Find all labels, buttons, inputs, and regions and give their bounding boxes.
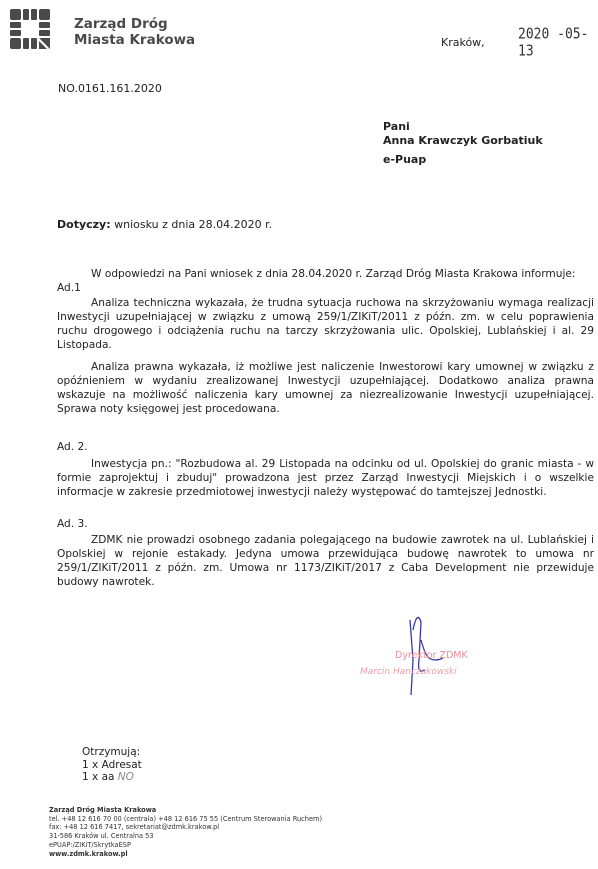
delivery-channel: e-Puap [383,153,426,166]
signature-name-stamp: Marcin Hanczakowski [360,667,457,677]
section-heading-1: Ad.1 [57,281,594,295]
footer-fax-email: fax: +48 12 616 7417, sekretariat@zdmk.k… [49,823,322,832]
subject-line: Dotyczy: wniosku z dnia 28.04.2020 r. [57,218,272,231]
organization-name: Zarząd Dróg Miasta Krakowa [74,16,195,48]
footer-website-link[interactable]: www.zdmk.krakow.pl [49,850,322,859]
distribution-item: 1 x Adresat [82,759,142,772]
zdmk-logo-icon [9,8,51,50]
recipient-salutation: Pani [383,120,543,134]
subject-label: Dotyczy: [57,218,111,231]
footer-phone: tel. +48 12 616 70 00 (centrala) +48 12 … [49,815,322,824]
org-name-line2: Miasta Krakowa [74,32,195,48]
recipient-block: Pani Anna Krawczyk Gorbatiuk [383,120,543,148]
section-1-paragraph-2: Analiza prawna wykazała, iż możliwe jest… [57,360,594,416]
reference-number: NO.0161.161.2020 [58,82,162,95]
distribution-item: 1 x aa NO [82,771,142,784]
recipient-name: Anna Krawczyk Gorbatiuk [383,134,543,148]
place-label: Kraków, [441,36,485,49]
section-1-paragraph-1: Analiza techniczna wykazała, że trudna s… [57,296,594,352]
section-heading-2: Ad. 2. [57,440,594,454]
footer-address: 31-586 Kraków ul. Centralna 53 [49,832,322,841]
signature-title-stamp: Dyrektor ZDMK [395,650,468,661]
subject-text: wniosku z dnia 28.04.2020 r. [111,218,273,231]
distribution-list: Otrzymują: 1 x Adresat 1 x aa NO [82,746,142,784]
section-2-paragraph-1: Inwestycja pn.: "Rozbudowa al. 29 Listop… [57,457,594,499]
footer-org: Zarząd Dróg Miasta Krakowa [49,806,322,815]
org-name-line1: Zarząd Dróg [74,16,195,32]
section-heading-3: Ad. 3. [57,517,594,531]
intro-paragraph: W odpowiedzi na Pani wniosek z dnia 28.0… [57,267,594,281]
section-3-paragraph-1: ZDMK nie prowadzi osobnego zadania poleg… [57,533,594,589]
distribution-item-suffix: NO [118,771,134,783]
footer-epuap: ePUAP:/ZIKiT/SkrytkaESP [49,841,322,850]
distribution-label: Otrzymują: [82,746,142,759]
date-stamp: 2020 -05- 13 [518,26,598,61]
footer: Zarząd Dróg Miasta Krakowa tel. +48 12 6… [49,806,322,858]
